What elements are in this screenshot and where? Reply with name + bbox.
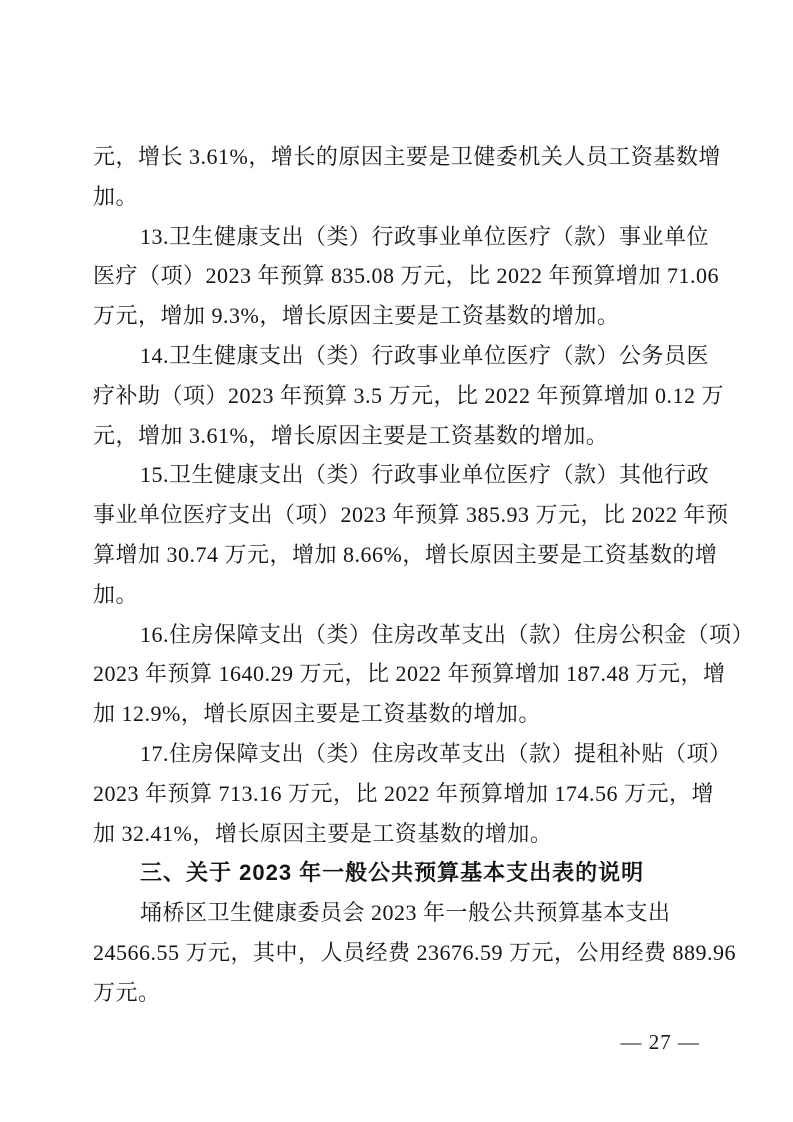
doc-line-item-17: 17.住房保障支出（类）住房改革支出（款）提租补贴（项） bbox=[93, 734, 700, 774]
doc-line-item-16: 16.住房保障支出（类）住房改革支出（款）住房公积金（项） bbox=[93, 615, 700, 655]
doc-line: 2023 年预算 713.16 万元，比 2022 年预算增加 174.56 万… bbox=[93, 774, 700, 814]
doc-line: 疗补助（项）2023 年预算 3.5 万元，比 2022 年预算增加 0.12 … bbox=[93, 376, 700, 416]
doc-line: 24566.55 万元，其中，人员经费 23676.59 万元，公用经费 889… bbox=[93, 933, 700, 973]
doc-line: 加。 bbox=[93, 575, 700, 615]
doc-line: 加 32.41%，增长原因主要是工资基数的增加。 bbox=[93, 814, 700, 854]
doc-line: 元，增加 3.61%，增长原因主要是工资基数的增加。 bbox=[93, 416, 700, 456]
doc-line: 事业单位医疗支出（项）2023 年预算 385.93 万元，比 2022 年预 bbox=[93, 495, 700, 535]
doc-line-item-14: 14.卫生健康支出（类）行政事业单位医疗（款）公务员医 bbox=[93, 336, 700, 376]
doc-line-item-15: 15.卫生健康支出（类）行政事业单位医疗（款）其他行政 bbox=[93, 455, 700, 495]
doc-line-summary: 埇桥区卫生健康委员会 2023 年一般公共预算基本支出 bbox=[93, 893, 700, 933]
doc-line-item-13: 13.卫生健康支出（类）行政事业单位医疗（款）事业单位 bbox=[93, 217, 700, 257]
document-page: 元，增长 3.61%，增长的原因主要是卫健委机关人员工资基数增 加。 13.卫生… bbox=[0, 0, 793, 1122]
doc-line: 万元，增加 9.3%，增长原因主要是工资基数的增加。 bbox=[93, 296, 700, 336]
doc-line: 加 12.9%，增长原因主要是工资基数的增加。 bbox=[93, 694, 700, 734]
document-body: 元，增长 3.61%，增长的原因主要是卫健委机关人员工资基数增 加。 13.卫生… bbox=[93, 137, 700, 1013]
doc-line: 医疗（项）2023 年预算 835.08 万元，比 2022 年预算增加 71.… bbox=[93, 256, 700, 296]
page-number: — 27 — bbox=[93, 1028, 700, 1056]
doc-line: 万元。 bbox=[93, 973, 700, 1013]
doc-line: 元，增长 3.61%，增长的原因主要是卫健委机关人员工资基数增 bbox=[93, 137, 700, 177]
section-heading: 三、关于 2023 年一般公共预算基本支出表的说明 bbox=[93, 853, 700, 893]
doc-line: 算增加 30.74 万元，增加 8.66%，增长原因主要是工资基数的增 bbox=[93, 535, 700, 575]
doc-line: 加。 bbox=[93, 177, 700, 217]
doc-line: 2023 年预算 1640.29 万元，比 2022 年预算增加 187.48 … bbox=[93, 654, 700, 694]
